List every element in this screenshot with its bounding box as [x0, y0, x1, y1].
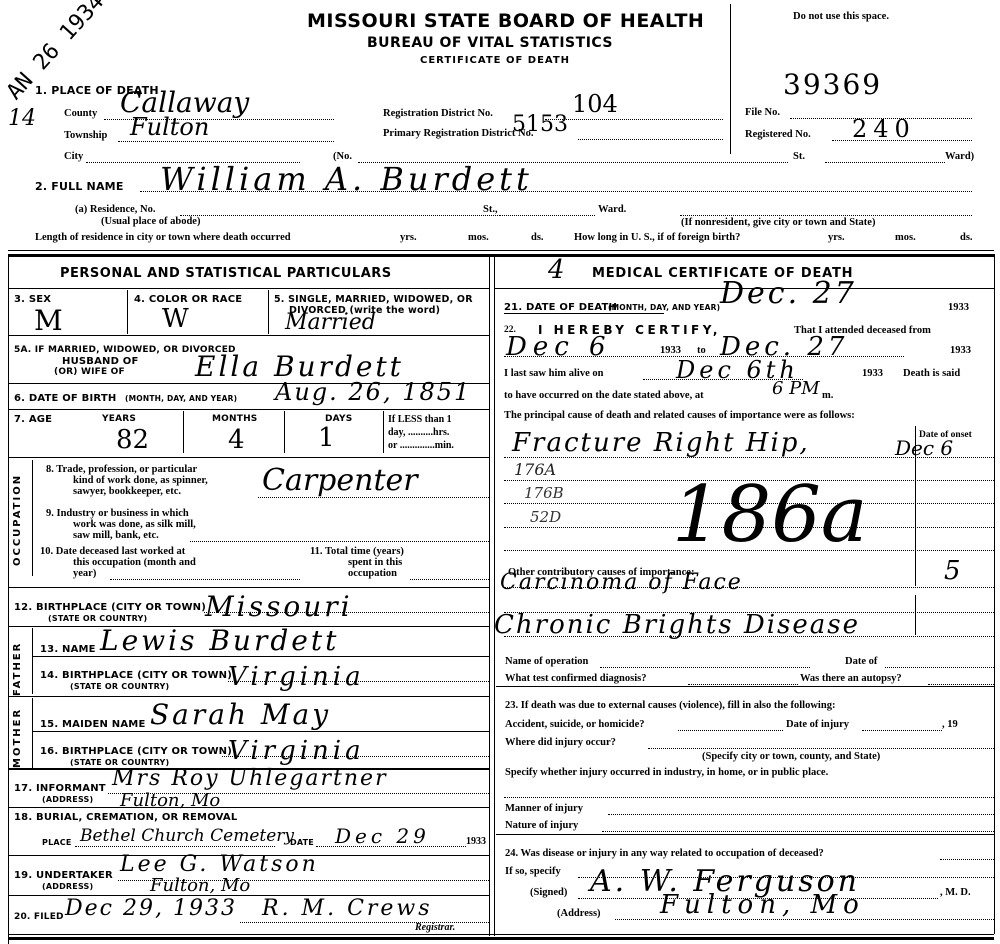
father-name-label: 13. NAME: [40, 644, 96, 655]
total-time-label-2: spent in this: [348, 557, 402, 568]
last-worked-label-2: this occupation (month and: [73, 557, 196, 568]
last-saw-year[interactable]: 1933: [862, 368, 883, 379]
do-not-use-note: Do not use this space.: [793, 11, 889, 22]
where-injury-note: (Specify city or town, county, and State…: [702, 751, 880, 762]
township-value[interactable]: Fulton: [130, 113, 209, 141]
length-ds-label: ds.: [531, 232, 544, 243]
age-years-value[interactable]: 82: [116, 425, 149, 455]
burial-label: 18. BURIAL, CREMATION, OR REMOVAL: [14, 812, 237, 823]
file-no-label: File No.: [745, 107, 780, 118]
registered-no-label: Registered No.: [745, 129, 811, 140]
nonresident-note: (If nonresident, give city or town and S…: [681, 217, 875, 228]
mother-birthplace-value[interactable]: Virginia: [228, 736, 365, 766]
registration-district-value[interactable]: 104: [572, 90, 618, 118]
specify-injury-label: Specify whether injury occurred in indus…: [505, 767, 828, 778]
coding-note-1: 176A: [514, 460, 556, 479]
full-name-value[interactable]: William A. Burdett: [160, 160, 533, 198]
occurred-at-suffix: m.: [822, 390, 833, 401]
last-worked-label-1: 10. Date deceased last worked at: [40, 546, 185, 557]
last-worked-label-3: year): [73, 568, 96, 579]
where-injury-label: Where did injury occur?: [505, 737, 616, 748]
undertaker-address-label: (ADDRESS): [42, 882, 93, 891]
age-hrs-label: day, ..........hrs.: [388, 427, 449, 438]
coding-large-number: 186a: [672, 470, 867, 560]
marital-status-label: 5. SINGLE, MARRIED, WIDOWED, OR: [274, 294, 473, 305]
city-ward-label: Ward): [945, 151, 974, 162]
burial-place-label: PLACE: [42, 838, 72, 847]
margin-number: 14: [8, 106, 36, 131]
death-is-said-label: Death is said: [903, 368, 960, 379]
mother-birthplace-label: 16. BIRTHPLACE (CITY OR TOWN): [40, 746, 232, 757]
file-stamp-number: 39369: [783, 68, 882, 101]
date-of-death-label: 21. DATE OF DEATH: [504, 302, 617, 313]
test-confirmed-label: What test confirmed diagnosis?: [505, 673, 646, 684]
last-saw-label: I last saw him alive on: [504, 368, 603, 379]
length-residence-label: Length of residence in city or town wher…: [35, 232, 291, 243]
birthplace-label: 12. BIRTHPLACE (CITY OR TOWN): [14, 602, 206, 613]
nature-of-injury-label: Nature of injury: [505, 820, 578, 831]
residence-ward-label: Ward.: [598, 204, 626, 215]
burial-place-value[interactable]: Bethel Church Cemetery: [80, 826, 294, 846]
undertaker-value[interactable]: Lee G. Watson: [120, 852, 319, 877]
total-time-label-3: occupation: [348, 568, 397, 579]
mother-side-label: MOTHER: [12, 708, 23, 768]
age-months-label: MONTHS: [212, 414, 258, 424]
form-subtitle: BUREAU OF VITAL STATISTICS: [367, 35, 613, 51]
primary-registration-value[interactable]: 5153: [512, 112, 568, 137]
other-cause-2-value[interactable]: Chronic Brights Disease: [494, 610, 860, 640]
county-label: County: [64, 108, 97, 119]
city-st-label: St.: [793, 151, 805, 162]
medical-margin-mark: 4: [548, 255, 565, 285]
registrar-signature[interactable]: R. M. Crews: [262, 896, 433, 921]
undertaker-address-value[interactable]: Fulton, Mo: [150, 875, 250, 896]
foreign-mos-label: mos.: [895, 232, 916, 243]
form-title: MISSOURI STATE BOARD OF HEALTH: [307, 10, 704, 32]
occurred-at-label: to have occurred on the date stated abov…: [504, 390, 704, 401]
age-years-label: YEARS: [102, 414, 136, 424]
spouse-wife-label: (OR) WIFE OF: [54, 367, 125, 377]
age-less-than-label: If LESS than 1: [388, 414, 452, 425]
manner-of-injury-label: Manner of injury: [505, 803, 583, 814]
registered-no-value[interactable]: 240: [852, 115, 916, 143]
trade-label-3: sawyer, bookkeeper, etc.: [73, 486, 181, 497]
primary-registration-label: Primary Registration District No.: [383, 128, 533, 139]
industry-label-3: saw mill, bank, etc.: [73, 530, 159, 541]
dob-sublabel: (MONTH, DAY, AND YEAR): [125, 394, 237, 403]
dob-value[interactable]: Aug. 26, 1851: [275, 378, 471, 406]
age-days-value[interactable]: 1: [318, 423, 335, 453]
attended-to-label: to: [697, 345, 706, 356]
principal-cause-onset[interactable]: Dec 6: [895, 436, 953, 460]
date-of-death-sublabel: (MONTH, DAY, AND YEAR): [608, 303, 720, 312]
age-months-value[interactable]: 4: [228, 425, 245, 455]
filed-label: 20. FILED: [14, 912, 64, 922]
autopsy-label: Was there an autopsy?: [800, 673, 902, 684]
attended-from-value[interactable]: Dec 6: [506, 332, 612, 362]
township-label: Township: [64, 130, 107, 141]
full-name-label: 2. FULL NAME: [35, 180, 124, 193]
personal-section-title: PERSONAL AND STATISTICAL PARTICULARS: [60, 266, 392, 281]
race-value[interactable]: W: [162, 304, 189, 334]
mother-name-label: 15. MAIDEN NAME: [40, 719, 145, 730]
attended-to-year[interactable]: 1933: [950, 345, 971, 356]
registration-district-label: Registration District No.: [383, 108, 493, 119]
usual-abode-note: (Usual place of abode): [101, 216, 200, 227]
informant-address-label: (ADDRESS): [42, 795, 93, 804]
physician-address-label: (Address): [557, 908, 601, 919]
occupation-side-label: OCCUPATION: [12, 474, 23, 566]
length-mos-label: mos.: [468, 232, 489, 243]
spouse-husband-label: HUSBAND OF: [62, 356, 139, 367]
date-of-death-year[interactable]: 1933: [948, 302, 969, 313]
undertaker-label: 19. UNDERTAKER: [14, 870, 113, 881]
date-of-death-value[interactable]: Dec. 27: [720, 276, 857, 311]
length-yrs-label: yrs.: [400, 232, 417, 243]
foreign-ds-label: ds.: [960, 232, 973, 243]
burial-year[interactable]: 1933: [466, 836, 486, 847]
father-birthplace-label: 14. BIRTHPLACE (CITY OR TOWN): [40, 670, 232, 681]
residence-st-label: St.,: [483, 204, 498, 215]
birthplace-value[interactable]: Missouri: [205, 590, 353, 623]
father-birthplace-value[interactable]: Virginia: [228, 662, 365, 692]
occupation-related-label: 24. Was disease or injury in any way rel…: [505, 848, 824, 859]
signed-label: (Signed): [530, 887, 567, 898]
burial-date-label: DATE: [290, 838, 314, 847]
physician-address-value[interactable]: Fulton, Mo: [660, 890, 865, 920]
industry-label-1: 9. Industry or business in which: [46, 508, 189, 519]
total-time-label-1: 11. Total time (years): [310, 546, 404, 557]
accident-label: Accident, suicide, or homicide?: [505, 719, 645, 730]
attended-from-year[interactable]: 1933: [660, 345, 681, 356]
operation-date-label: Date of: [845, 656, 877, 667]
age-label: 7. AGE: [14, 414, 52, 425]
if-so-specify-label: If so, specify: [505, 866, 561, 877]
other-cause-1-onset[interactable]: 5: [944, 556, 961, 586]
foreign-yrs-label: yrs.: [828, 232, 845, 243]
dob-label: 6. DATE OF BIRTH: [14, 393, 116, 404]
mother-name-value[interactable]: Sarah May: [150, 698, 331, 731]
injury-date-label: Date of injury: [786, 719, 849, 730]
occurred-at-value[interactable]: 6 PM: [772, 378, 820, 399]
father-birthplace-sublabel: (STATE OR COUNTRY): [70, 682, 169, 691]
informant-label: 17. INFORMANT: [14, 783, 106, 794]
external-causes-label: 23. If death was due to external causes …: [505, 700, 835, 711]
city-label: City: [64, 151, 83, 162]
burial-date-value[interactable]: Dec 29: [335, 824, 430, 848]
informant-value[interactable]: Mrs Roy Uhlegartner: [112, 766, 388, 791]
injury-year-label: , 19: [942, 719, 958, 730]
foreign-birth-label: How long in U. S., if of foreign birth?: [574, 232, 740, 243]
trade-label-2: kind of work done, as spinner,: [73, 475, 208, 486]
industry-label-2: work was done, as silk mill,: [73, 519, 196, 530]
trade-label-1: 8. Trade, profession, or particular: [46, 464, 197, 475]
age-min-label: or ..............min.: [388, 440, 454, 451]
operation-label: Name of operation: [505, 656, 588, 667]
coding-note-2: 176B: [524, 484, 564, 502]
marital-status-value[interactable]: Married: [285, 310, 376, 335]
father-name-value[interactable]: Lewis Burdett: [100, 624, 339, 657]
coding-note-3: 52D: [530, 508, 561, 526]
md-label: , M. D.: [940, 887, 971, 898]
registrar-label: Registrar.: [415, 922, 455, 933]
form-name: CERTIFICATE OF DEATH: [420, 55, 570, 66]
birthplace-sublabel: (STATE OR COUNTRY): [48, 614, 147, 623]
father-side-label: FATHER: [12, 642, 23, 696]
trade-value[interactable]: Carpenter: [262, 463, 418, 498]
cause-intro: The principal cause of death and related…: [504, 410, 855, 421]
filed-date-value[interactable]: Dec 29, 1933: [65, 896, 237, 921]
other-cause-1-value[interactable]: Carcinoma of Face: [500, 570, 743, 595]
sex-value[interactable]: M: [34, 304, 63, 337]
residence-label: (a) Residence, No.: [75, 204, 155, 215]
principal-cause-value[interactable]: Fracture Right Hip,: [512, 428, 810, 458]
